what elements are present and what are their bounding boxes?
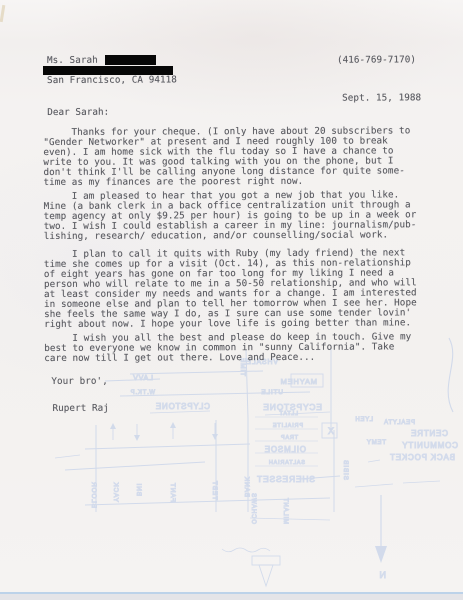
letter-text-layer: Ms. Sarah (416-769-7170) San Francisco, … [0,0,463,593]
redaction-bar-address [43,66,173,75]
redaction-bar-name [105,55,156,65]
paragraph-1: Thanks for your cheque. (I only have abo… [43,126,410,188]
city-line: San Francisco, CA 94118 [47,75,177,86]
closing-line: Your bro', [51,377,108,387]
paragraph-4: I wish you all the best and please do ke… [44,332,411,364]
date-line: Sept. 15, 1988 [342,93,421,103]
scan-edge-below [0,594,463,600]
recipient-line: Ms. Sarah [47,56,98,66]
letter-page: MAYHEM VHSALE LAVV W.TK.P UTILE CLYPSTON… [0,0,463,593]
salutation: Dear Sarah: [47,108,109,118]
paragraph-2: I am pleased to hear that you got a new … [44,190,417,242]
paragraph-3: I plan to call it quits with Ruby (my la… [44,248,417,330]
phone-number: (416-769-7170) [337,55,416,65]
signature-name: Rupert Raj [52,404,109,414]
